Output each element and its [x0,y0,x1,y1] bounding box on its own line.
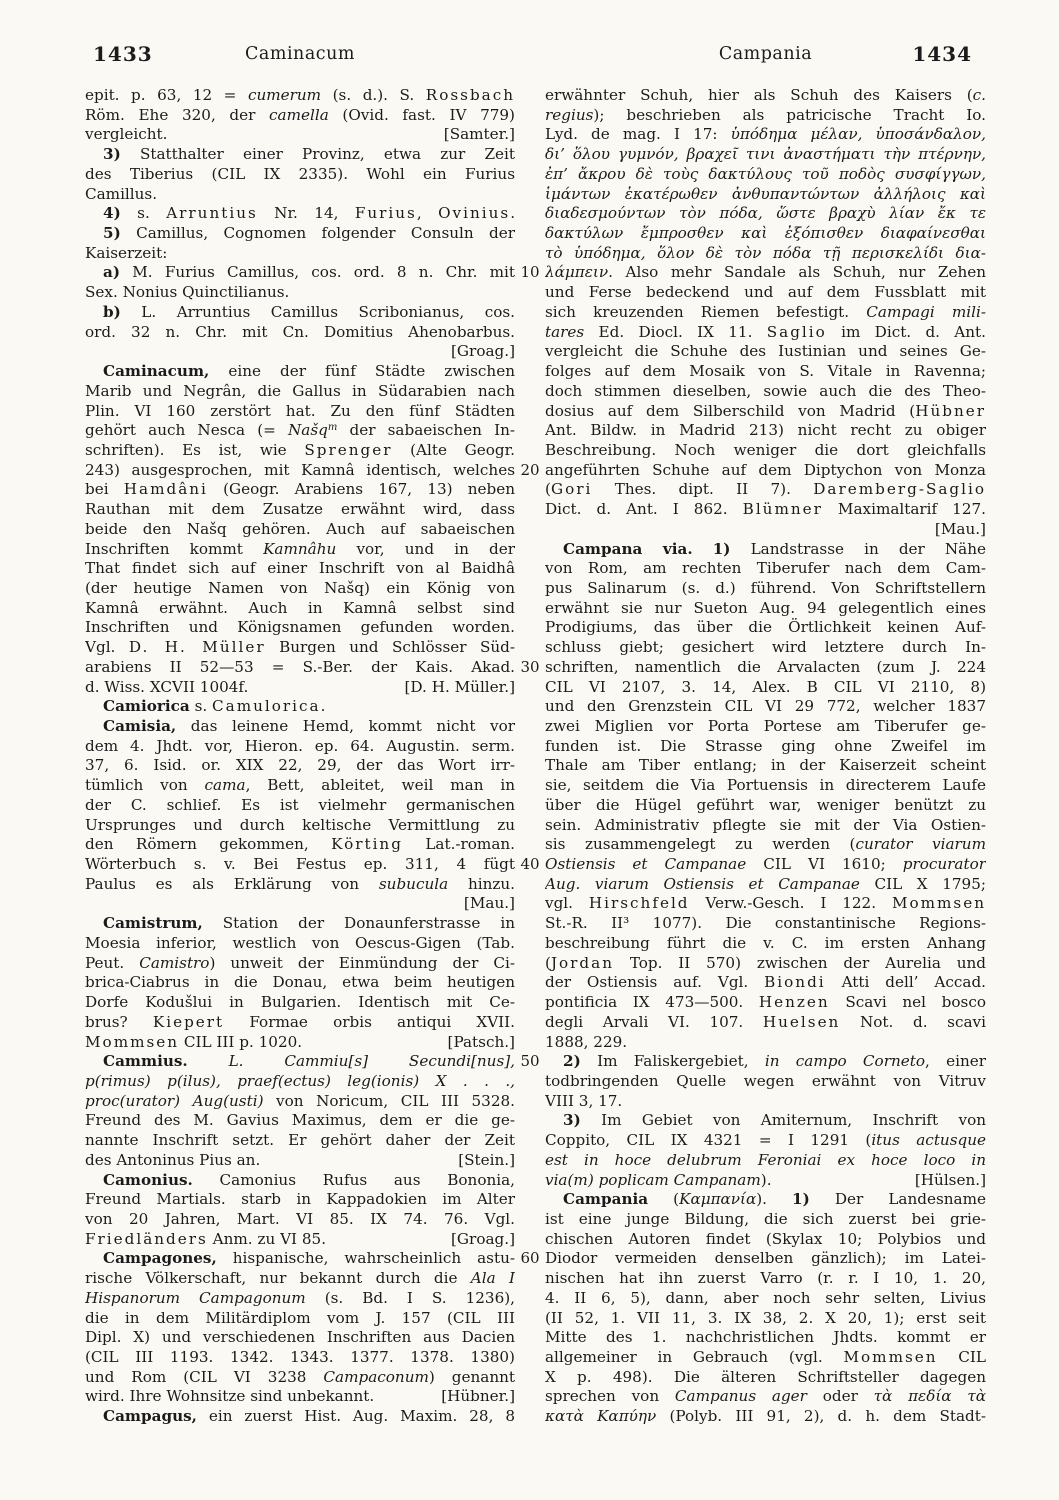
text-line: Campana via. 1) Landstrasse in der Nähe [545,540,986,560]
text-line: 4. II 6, 5), dann, aber noch sehr selten… [545,1289,986,1309]
text-line: dem 4. Jhdt. vor, Hieron. ep. 64. August… [85,737,515,757]
text-line: (II 52, 1. VII 11, 3. IX 38, 2. X 20, 1)… [545,1309,986,1329]
line-text: des Antoninus Pius an. [85,1151,260,1171]
gutter-line-number: 30 [515,658,545,678]
text-line: Marib und Negrân, die Gallus in Südarabi… [85,382,515,402]
text-line: des Antoninus Pius an.[Stein.] [85,1151,515,1171]
text-line: a) M. Furius Camillus, cos. ord. 8 n. Ch… [85,263,515,283]
text-line: X p. 498). Die älteren Schriftsteller da… [545,1368,986,1388]
paragraph-indent [85,158,103,159]
text-line: Thale am Tiber entlang; in der Kaiserzei… [545,756,986,776]
text-line: todbringenden Quelle wegen erwähnt von V… [545,1072,986,1092]
text-line: tümlich von cama, Bett, ableitet, weil m… [85,776,515,796]
line-text: wird. Ihre Wohnsitze sind unbekannt. [85,1387,374,1407]
text-line: κατὰ Καπύην (Polyb. III 91, 2), d. h. de… [545,1407,986,1427]
encyclopedia-page: 1433 Caminacum Campania 1434 epit. p. 63… [0,0,1059,1500]
text-line: sie, seitdem die Via Portuensis in direc… [545,776,986,796]
right-column: erwähnter Schuh, hier als Schuh des Kais… [545,86,986,1427]
header-left-cell: 1433 Caminacum [85,40,515,68]
author-attribution: [Hübner.] [441,1387,515,1407]
text-line: der C. schlief. Es ist vielmehr germanis… [85,796,515,816]
text-line: CIL VI 2107, 3. 14, Alex. B CIL VI 2110,… [545,678,986,698]
text-line: Ursprunges und durch keltische Vermittlu… [85,816,515,836]
text-line: (der heutige Namen von Našq) ein König v… [85,579,515,599]
text-line: der Ostiensis auf. Vgl. Biondi Atti dell… [545,973,986,993]
text-line: Campagus, ein zuerst Hist. Aug. Maxim. 2… [85,1407,515,1427]
gutter-line-number: 50 [515,1052,545,1072]
text-line: Peut. Camistro) unweit der Einmündung de… [85,954,515,974]
text-line: Camillus. [85,185,515,205]
text-line: via(m) poplicam Campanam).[Hülsen.] [545,1171,986,1191]
text-line: von 20 Jahren, Mart. VI 85. IX 74. 76. V… [85,1210,515,1230]
text-line: 1888, 229. [545,1033,986,1053]
text-line: zwei Miglien vor Porta Portese am Tiberu… [545,717,986,737]
text-line: dosius auf dem Silberschild von Madrid (… [545,402,986,422]
text-line: vergleicht die Schuhe des Iustinian und … [545,342,986,362]
paragraph-indent [85,730,103,731]
text-line: pontificia IX 473—500. Henzen Scavi nel … [545,993,986,1013]
paragraph-indent [85,276,103,277]
text-line: Aug. viarum Ostiensis et Campanae CIL X … [545,875,986,895]
paragraph-indent [85,237,103,238]
text-line: die in dem Militärdiplom vom J. 157 (CIL… [85,1309,515,1329]
text-line: Inschriften und Königsnamen gefunden wor… [85,618,515,638]
text-line: 3) Statthalter einer Provinz, etwa zur Z… [85,145,515,165]
text-line: Cammius. L. Cammiu[s] Secundi[nus], [85,1052,515,1072]
author-attribution: [Stein.] [458,1151,515,1171]
text-line: Coppito, CIL IX 4321 = I 1291 (itus actu… [545,1131,986,1151]
text-line: degli Arvali VI. 107. Huelsen Not. d. sc… [545,1013,986,1033]
author-attribution: [D. H. Müller.] [405,678,516,698]
text-line: ἱμάντων ἑκατέρωθεν ἀνθυπαντώντων ἀλλήλοι… [545,185,986,205]
text-line: Camonius. Camonius Rufus aus Bononia, [85,1171,515,1191]
author-attribution: [Patsch.] [448,1033,515,1053]
text-line: vergleicht.[Samter.] [85,125,515,145]
text-line: sis zusammengelegt zu werden (curator vi… [545,835,986,855]
paragraph-indent [545,1124,563,1125]
text-line: Kaiserzeit: [85,244,515,264]
text-line: allgemeiner in Gebrauch (vgl. Mommsen CI… [545,1348,986,1368]
text-line: Beschreibung. Noch weniger die dort glei… [545,441,986,461]
paragraph-indent [85,316,103,317]
text-line: 37, 6. Isid. or. XIX 22, 29, der das Wor… [85,756,515,776]
text-line: 5) Camillus, Cognomen folgender Consuln … [85,224,515,244]
text-line: est in hoce delubrum Feroniai ex hoce lo… [545,1151,986,1171]
page-header: 1433 Caminacum Campania 1434 [85,40,986,68]
page-body: epit. p. 63, 12 = cumerum (s. d.). S. Ro… [85,86,986,1427]
text-line: wird. Ihre Wohnsitze sind unbekannt.[Hüb… [85,1387,515,1407]
text-line: d. Wiss. XCVII 1004f.[D. H. Müller.] [85,678,515,698]
text-line: erwähnter Schuh, hier als Schuh des Kais… [545,86,986,106]
line-text: Mommsen CIL III p. 1020. [85,1033,302,1053]
text-line: Plin. VI 160 zerstört hat. Zu den fünf S… [85,402,515,422]
text-line: sein. Administrativ pflegte sie mit der … [545,816,986,836]
paragraph-indent [85,375,103,376]
line-text: via(m) poplicam Campanam). [545,1171,772,1191]
text-line: vgl. Hirschfeld Verw.-Gesch. I 122. Momm… [545,894,986,914]
text-line: und den Grenzstein CIL VI 29 772, welche… [545,697,986,717]
text-line: erwähnt sie nur Sueton Aug. 94 gelegentl… [545,599,986,619]
gutter-line-number: 20 [515,461,545,481]
paragraph-indent [85,710,103,711]
text-line: sich kreuzenden Riemen befestigt. Campag… [545,303,986,323]
text-line: Caminacum, eine der fünf Städte zwischen [85,362,515,382]
text-line: über die Hügel geführt war, weniger benü… [545,796,986,816]
text-line: Inschriften kommt Kamnâhu vor, und in de… [85,540,515,560]
text-line: 2) Im Faliskergebiet, in campo Corneto, … [545,1052,986,1072]
text-line: St.-R. II³ 1077). Die constantinische Re… [545,914,986,934]
text-line: Ostiensis et Campanae CIL VI 1610; procu… [545,855,986,875]
text-line: des Tiberius (CIL IX 2335). Wohl ein Fur… [85,165,515,185]
text-line: epit. p. 63, 12 = cumerum (s. d.). S. Ro… [85,86,515,106]
text-line: Dict. d. Ant. I 862. Blümner Maximaltari… [545,500,986,520]
text-line: angeführten Schuhe auf dem Diptychon von… [545,461,986,481]
paragraph-indent [85,927,103,928]
paragraph-indent [85,1420,103,1421]
text-line: Campagones, hispanische, wahrscheinlich … [85,1249,515,1269]
page-number-right: 1434 [912,40,972,68]
text-line: Dipl. X) und verschiedenen Inschriften a… [85,1328,515,1348]
text-line: Paulus es als Erklärung von subucula hin… [85,875,515,895]
header-right-cell: Campania 1434 [545,40,986,68]
text-line: Kamnâ erwähnt. Auch in Kamnâ selbst sind [85,599,515,619]
paragraph-indent [545,1203,563,1204]
gutter-line-number: 40 [515,855,545,875]
text-line: nannte Inschrift setzt. Er gehört daher … [85,1131,515,1151]
left-column: epit. p. 63, 12 = cumerum (s. d.). S. Ro… [85,86,515,1427]
text-line: Sex. Nonius Quinctilianus. [85,283,515,303]
paragraph-indent [545,1065,563,1066]
text-line: beschreibung führt die v. C. im ersten A… [545,934,986,954]
text-line: nischen hat ihn zuerst Varro (r. r. I 10… [545,1269,986,1289]
text-line: regius); beschrieben als patricische Tra… [545,106,986,126]
text-line: sprechen von Campanus ager oder τὰ πεδία… [545,1387,986,1407]
text-line: den Römern gekommen, Körting Lat.-roman. [85,835,515,855]
line-text: d. Wiss. XCVII 1004f. [85,678,248,698]
text-line: Diodor vermeiden denselben gänzlich); im… [545,1249,986,1269]
text-line: schluss giebt; gesichert wird letztere d… [545,638,986,658]
column-gutter: 102030405060 [515,86,545,1427]
text-line: Prodigiums, das über die Örtlichkeit kei… [545,618,986,638]
text-line: (CIL III 1193. 1342. 1343. 1377. 1378. 1… [85,1348,515,1368]
text-line: [Groag.] [85,342,515,362]
text-line: doch stimmen dieselben, sowie auch die d… [545,382,986,402]
text-line: pus Salinarum (s. d.) führend. Von Schri… [545,579,986,599]
text-line: folges auf dem Mosaik von S. Vitale in R… [545,362,986,382]
page-number-left: 1433 [93,40,153,68]
text-line: Camisia, das leinene Hemd, kommt nicht v… [85,717,515,737]
text-line: 4) s. Arruntius Nr. 14, Furius, Ovinius. [85,204,515,224]
text-line: chischen Autoren findet (Skylax 10; Poly… [545,1230,986,1250]
paragraph-indent [85,1262,103,1263]
gutter-line-number: 60 [515,1249,545,1269]
text-line: διαδεσμούντων τὸν πόδα, ὥστε βραχὺ λίαν … [545,204,986,224]
paragraph-indent [85,1065,103,1066]
text-line: λάμπειν. Also mehr Sandale als Schuh, nu… [545,263,986,283]
text-line: (Gori Thes. dipt. II 7). Daremberg-Sagli… [545,480,986,500]
text-line: Freund Martials. starb in Kappadokien im… [85,1190,515,1210]
header-gutter-cell [515,40,545,68]
text-line: δι’ ὅλου γυμνόν, βραχεῖ τινι ἀναστήματι … [545,145,986,165]
text-line: Ant. Bildw. in Madrid 213) nicht recht z… [545,421,986,441]
text-line: τὸ ὑπόδημα, ὅλον δὲ τὸν πόδα τῇ περισκελ… [545,244,986,264]
text-line: Dorfe Kodušlui in Bulgarien. Identisch m… [85,993,515,1013]
text-line: 3) Im Gebiet von Amiternum, Inschrift vo… [545,1111,986,1131]
text-line: und Rom (CIL VI 3238 Campaconum) genannt [85,1368,515,1388]
text-line: ord. 32 n. Chr. mit Cn. Domitius Ahenoba… [85,323,515,343]
line-text: vergleicht. [85,125,167,145]
text-line: p(rimus) p(ilus), praef(ectus) leg(ionis… [85,1072,515,1092]
text-line: rische Völkerschaft, nur bekannt durch d… [85,1269,515,1289]
text-line: Freund des M. Gavius Maximus, dem er die… [85,1111,515,1131]
text-line: b) L. Arruntius Camillus Scribonianus, c… [85,303,515,323]
author-attribution: [Hülsen.] [915,1171,986,1191]
line-text: Friedländers Anm. zu VI 85. [85,1230,326,1250]
paragraph-indent [85,217,103,218]
text-line: Camistrum, Station der Donaunferstrasse … [85,914,515,934]
text-line: schriften). Es ist, wie Sprenger (Alte G… [85,441,515,461]
text-line: brica-Ciabrus in die Donau, etwa beim he… [85,973,515,993]
author-attribution: [Groag.] [451,1230,515,1250]
text-line: bei Hamdâni (Geogr. Arabiens 167, 13) ne… [85,480,515,500]
text-line: gehört auch Nesca (= Našqm der sabaeisch… [85,421,515,441]
text-line: Moesia inferior, westlich von Oescus-Gig… [85,934,515,954]
text-line: Röm. Ehe 320, der camella (Ovid. fast. I… [85,106,515,126]
text-line: und Ferse bedeckend und auf dem Fussblat… [545,283,986,303]
text-line: [Mau.] [85,894,515,914]
text-line: VIII 3, 17. [545,1092,986,1112]
text-line: arabiens II 52—53 = S.-Ber. der Kais. Ak… [85,658,515,678]
text-line: (Jordan Top. II 570) zwischen der Aureli… [545,954,986,974]
text-line: tares Ed. Diocl. IX 11. Saglio im Dict. … [545,323,986,343]
text-line: schriften, namentlich die Arvalacten (zu… [545,658,986,678]
author-attribution: [Samter.] [444,125,515,145]
text-line: funden ist. Die Strasse ging ohne Zweife… [545,737,986,757]
text-line: That findet sich auf einer Inschrift von… [85,559,515,579]
text-line: δακτύλων ἔμπροσθεν καὶ ἐξόπισθεν διαφαίν… [545,224,986,244]
text-line: von Rom, am rechten Tiberufer nach dem C… [545,559,986,579]
text-line: Rauthan mit dem Zusatze erwähnt wird, da… [85,500,515,520]
text-line: Lyd. de mag. I 17: ὑπόδημα μέλαν, ὑποσάν… [545,125,986,145]
text-line: Camiorica s. Camulorica. [85,697,515,717]
gutter-line-number: 10 [515,263,545,283]
text-line: Mommsen CIL III p. 1020.[Patsch.] [85,1033,515,1053]
text-line: Campania (Καμπανία). 1) Der Landesname [545,1190,986,1210]
text-line: beide den Našq gehören. Auch auf sabaeis… [85,520,515,540]
text-line: Vgl. D. H. Müller Burgen und Schlösser S… [85,638,515,658]
text-line: Friedländers Anm. zu VI 85.[Groag.] [85,1230,515,1250]
text-line: ist eine junge Bildung, die sich zuerst … [545,1210,986,1230]
text-line: Hispanorum Campagonum (s. Bd. I S. 1236)… [85,1289,515,1309]
text-line: proc(urator) Aug(usti) von Noricum, CIL … [85,1092,515,1112]
paragraph-indent [85,1184,103,1185]
text-line: Mitte des 1. nachchristlichen Jhdts. kom… [545,1328,986,1348]
text-line: [Mau.] [545,520,986,540]
text-line: brus? Kiepert Formae orbis antiqui XVII. [85,1013,515,1033]
text-line: 243) ausgesprochen, mit Kamnâ identisch,… [85,461,515,481]
paragraph-indent [545,553,563,554]
text-line: ἐπ’ ἄκρου δὲ τοὺς δακτύλους τοῦ ποδὸς συ… [545,165,986,185]
text-line: Wörterbuch s. v. Bei Festus ep. 311, 4 f… [85,855,515,875]
